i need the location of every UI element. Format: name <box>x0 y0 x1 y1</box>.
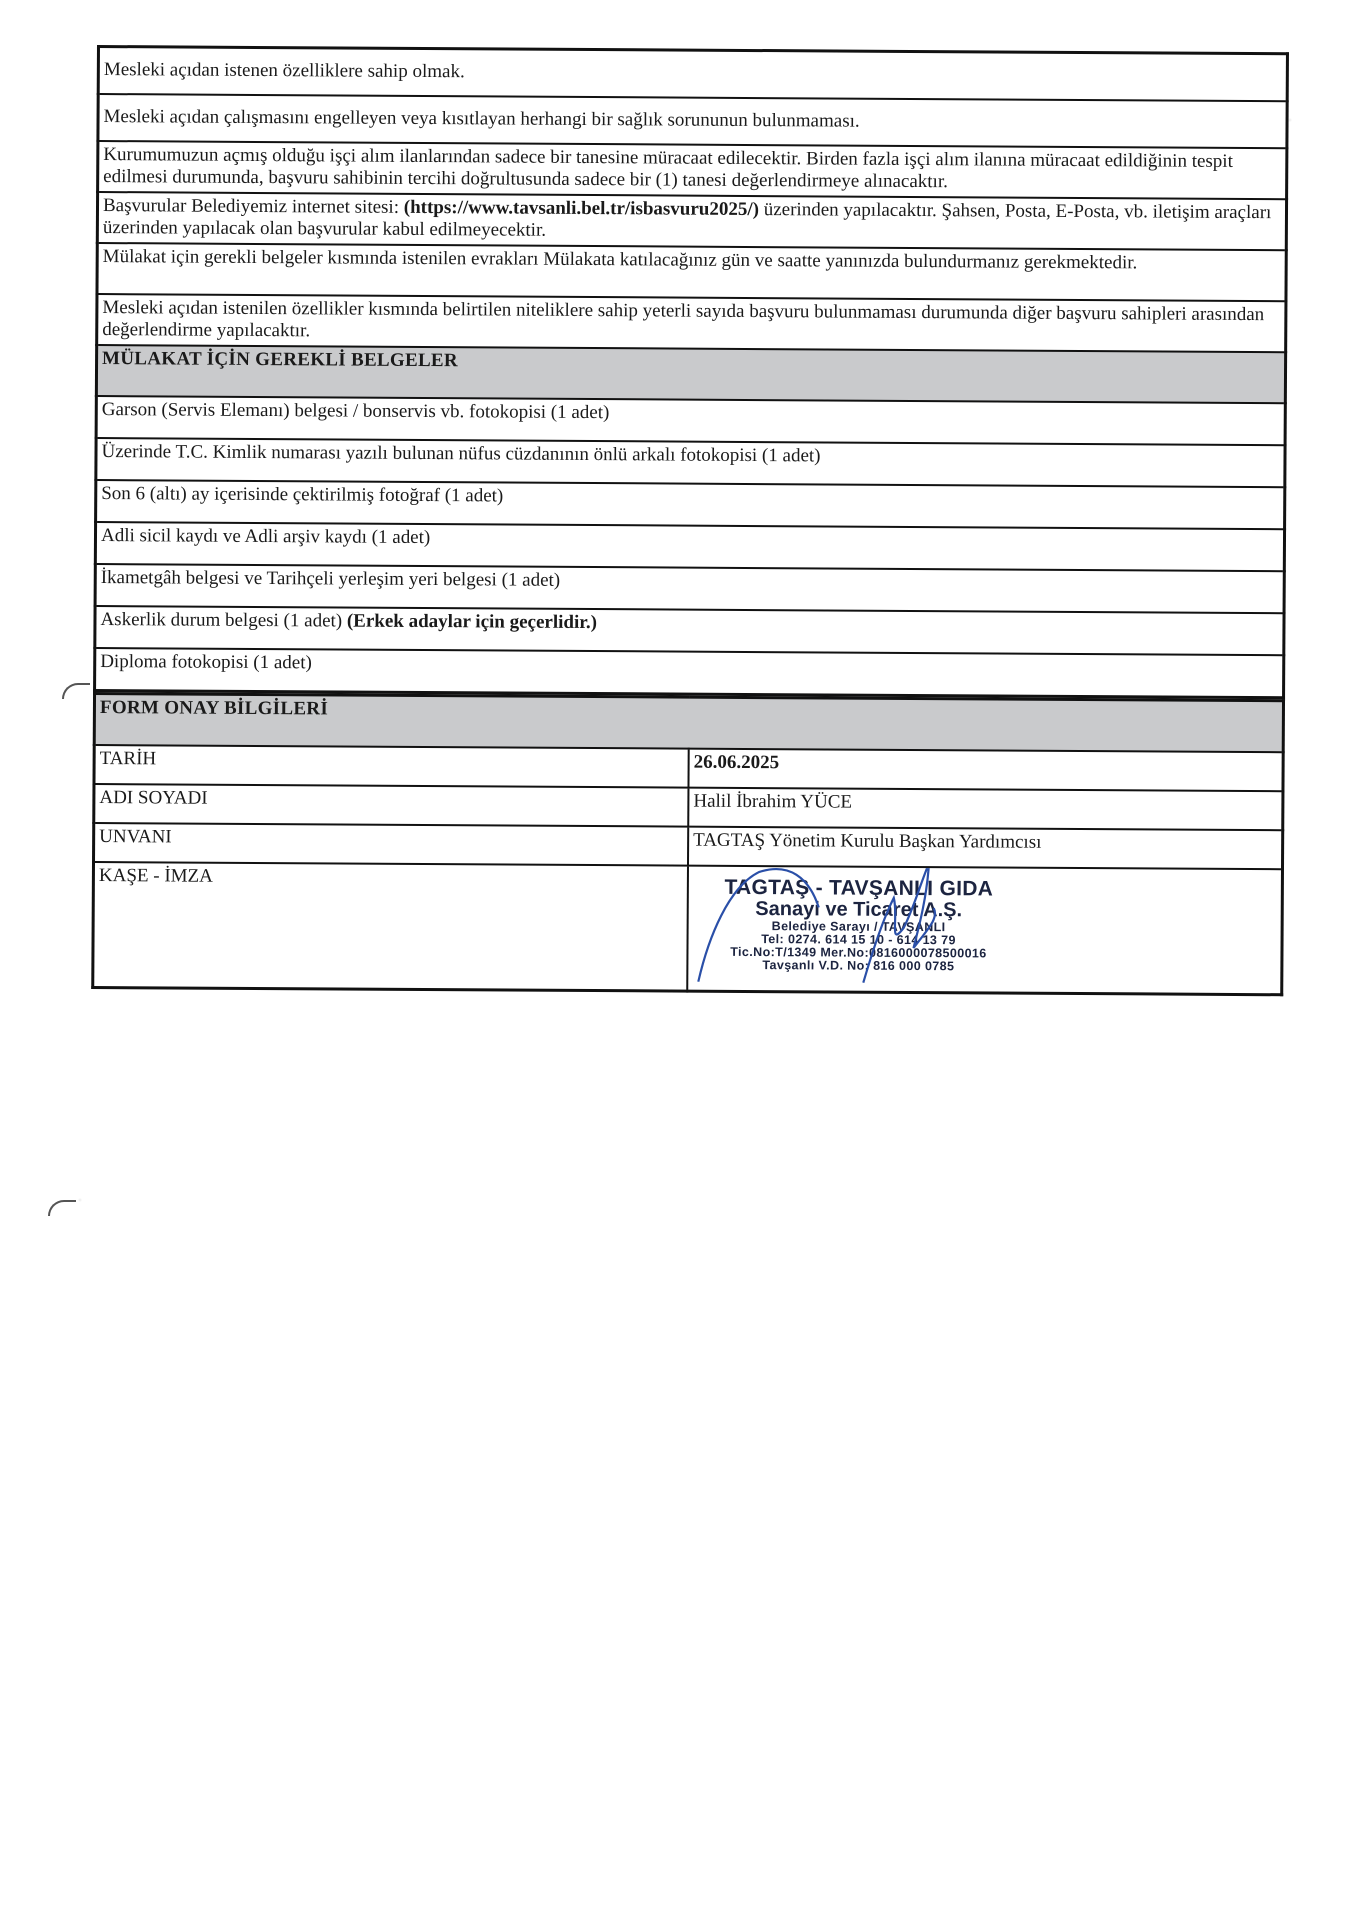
document-item-row: Üzerinde T.C. Kimlik numarası yazılı bul… <box>96 438 1285 487</box>
application-url-link[interactable]: (https://www.tavsanli.bel.tr/isbasvuru20… <box>404 197 759 220</box>
note-row: Başvurular Belediyemiz internet sitesi: … <box>97 192 1286 250</box>
document-item-text: Askerlik durum belgesi (1 adet) <box>100 609 347 632</box>
note-row: Mülakat için gerekli belgeler kısmında i… <box>97 243 1286 301</box>
note-text: Başvurular Belediyemiz internet sitesi: <box>103 195 404 218</box>
military-document-item: Askerlik durum belgesi (1 adet) (Erkek a… <box>95 606 1284 655</box>
section-header-row: MÜLAKAT İÇİN GEREKLİ BELGELER <box>96 345 1285 403</box>
note-row: Mesleki açıdan istenilen özellikler kısm… <box>97 294 1286 352</box>
application-form-page: Mesleki açıdan istenen özelliklere sahip… <box>91 45 1289 996</box>
note-text: Kurumumuzun açmış olduğu işçi alım ilanl… <box>98 141 1287 199</box>
document-item-condition: (Erkek adaylar için geçerlidir.) <box>347 611 597 634</box>
note-row: Mesleki açıdan çalışmasını engelleyen ve… <box>98 94 1287 148</box>
stamp-company-name: TAGTAŞ - TAVŞANLI GIDA <box>709 877 1009 901</box>
approval-row-signature: KAŞE - İMZA TAGTAŞ - TAVŞANLI GIDA Sanay… <box>93 862 1283 995</box>
document-item-row: Adli sicil kaydı ve Adli arşiv kaydı (1 … <box>95 522 1284 571</box>
document-item-row: Garson (Servis Elemanı) belgesi / bonser… <box>96 396 1285 445</box>
stamp-signature-label: KAŞE - İMZA <box>93 862 688 991</box>
document-item: İkametgâh belgesi ve Tarihçeli yerleşim … <box>95 564 1284 613</box>
document-item: Adli sicil kaydı ve Adli arşiv kaydı (1 … <box>95 522 1284 571</box>
section-header-row: FORM ONAY BİLGİLERİ <box>94 693 1283 752</box>
note-text: Mesleki açıdan istenilen özellikler kısm… <box>97 294 1286 352</box>
document-item: Son 6 (altı) ay içerisinde çektirilmiş f… <box>96 480 1285 529</box>
note-text: Mülakat için gerekli belgeler kısmında i… <box>97 243 1286 301</box>
document-item-row: Son 6 (altı) ay içerisinde çektirilmiş f… <box>96 480 1285 529</box>
stamp-signature-cell: TAGTAŞ - TAVŞANLI GIDA Sanayi ve Ticaret… <box>687 866 1282 995</box>
requirements-table: Mesleki açıdan istenen özelliklere sahip… <box>93 45 1289 699</box>
date-label: TARİH <box>94 745 689 788</box>
note-text: Mesleki açıdan istenen özelliklere sahip… <box>98 47 1287 102</box>
documents-section-title: MÜLAKAT İÇİN GEREKLİ BELGELER <box>96 345 1285 403</box>
note-text: Mesleki açıdan çalışmasını engelleyen ve… <box>98 94 1287 148</box>
stamp-tax-number: Tavşanlı V.D. No: 816 000 0785 <box>708 959 1008 974</box>
date-value: 26.06.2025 <box>688 749 1283 792</box>
stamp-company-type: Sanayi ve Ticaret A.Ş. <box>709 899 1009 922</box>
document-item: Garson (Servis Elemanı) belgesi / bonser… <box>96 396 1285 445</box>
document-item-row: İkametgâh belgesi ve Tarihçeli yerleşim … <box>95 564 1284 613</box>
application-website-note: Başvurular Belediyemiz internet sitesi: … <box>97 192 1286 250</box>
name-label: ADI SOYADI <box>94 784 689 827</box>
note-row: Mesleki açıdan istenen özelliklere sahip… <box>98 47 1287 102</box>
document-item: Diploma fotokopisi (1 adet) <box>95 648 1284 698</box>
title-label: UNVANI <box>94 823 689 866</box>
name-value: Halil İbrahim YÜCE <box>688 788 1283 831</box>
document-item-row: Diploma fotokopisi (1 adet) <box>95 648 1284 698</box>
note-row: Kurumumuzun açmış olduğu işçi alım ilanl… <box>98 141 1287 199</box>
approval-table: FORM ONAY BİLGİLERİ TARİH 26.06.2025 ADI… <box>91 692 1285 996</box>
approval-section-title: FORM ONAY BİLGİLERİ <box>94 693 1283 752</box>
document-item: Üzerinde T.C. Kimlik numarası yazılı bul… <box>96 438 1285 487</box>
title-value: TAGTAŞ Yönetim Kurulu Başkan Yardımcısı <box>688 827 1283 870</box>
document-item-row: Askerlik durum belgesi (1 adet) (Erkek a… <box>95 606 1284 655</box>
company-stamp: TAGTAŞ - TAVŞANLI GIDA Sanayi ve Ticaret… <box>708 877 1009 974</box>
